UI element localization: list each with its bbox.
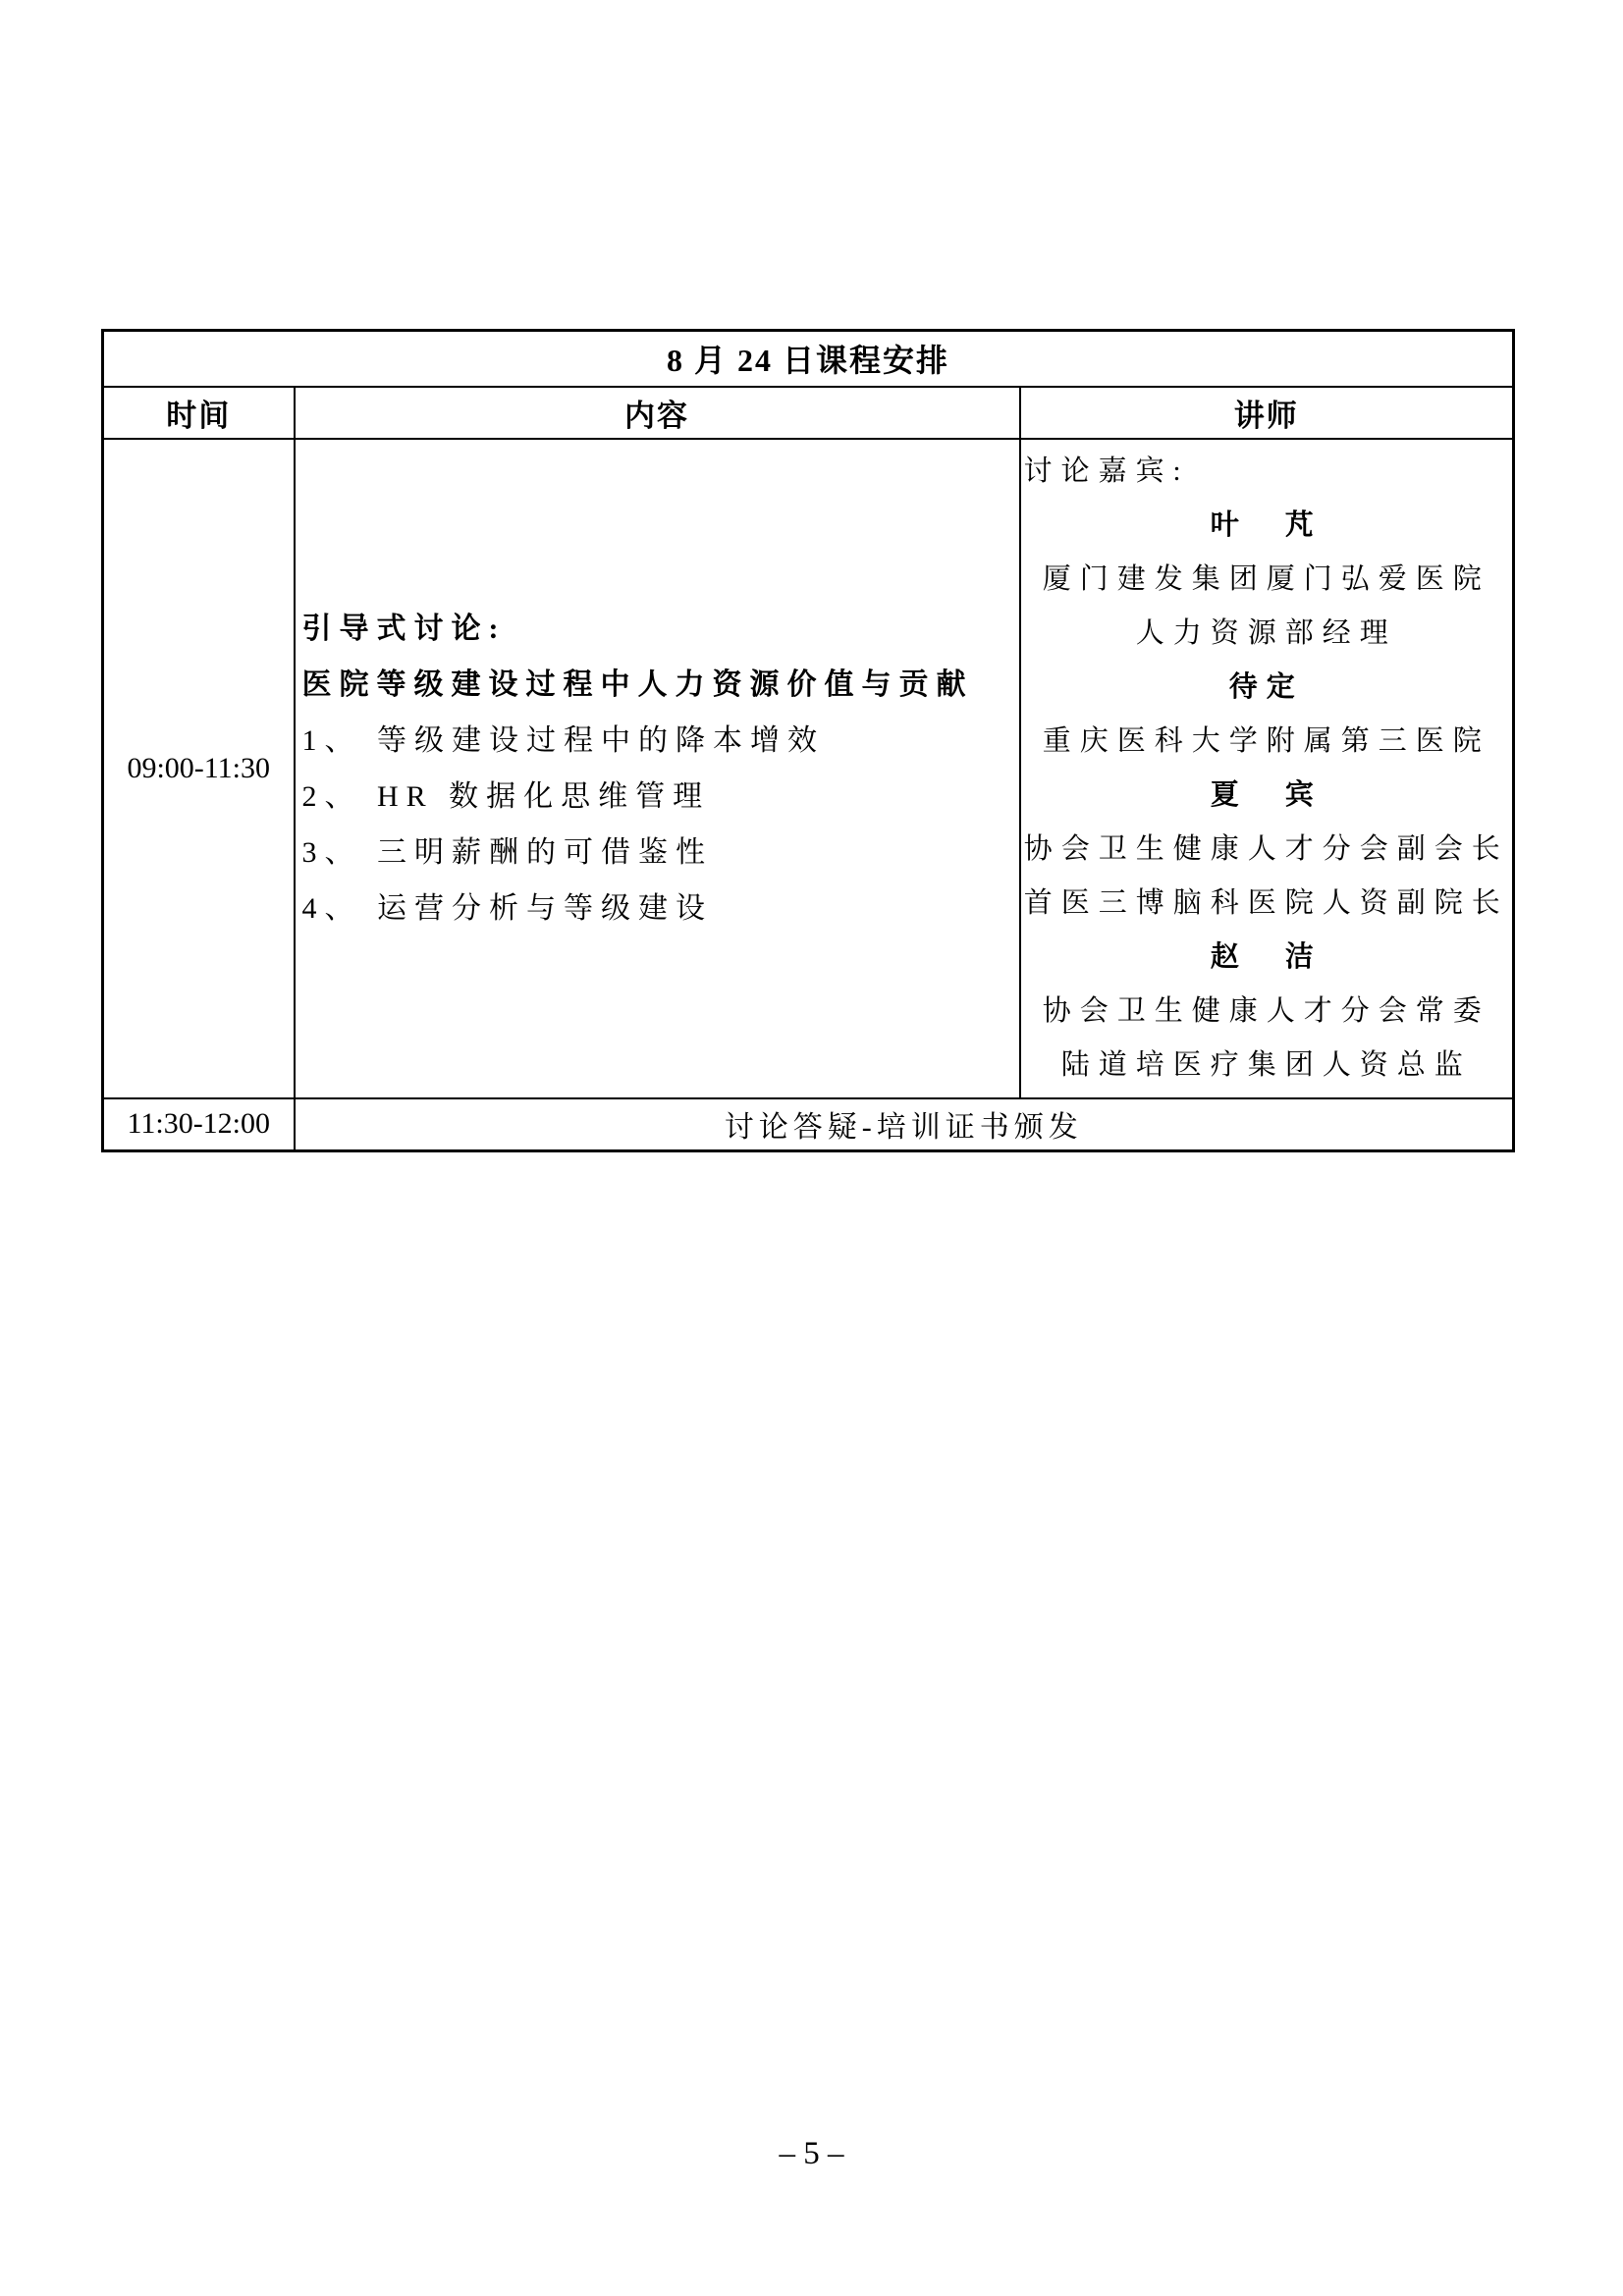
guest-title: 协会卫生健康人才分会副会长	[1021, 823, 1513, 877]
table-header-row: 时间 内容 讲师	[103, 387, 1514, 439]
guest-title: 厦门建发集团厦门弘爱医院	[1021, 553, 1513, 607]
schedule-table: 8 月 24 日课程安排 时间 内容 讲师 09:00-11:30 引导式讨论:…	[101, 329, 1515, 1152]
column-header-lecturer: 讲师	[1020, 387, 1514, 439]
document-page: 8 月 24 日课程安排 时间 内容 讲师 09:00-11:30 引导式讨论:…	[0, 0, 1623, 2296]
session-lecturer-cell: 讨论嘉宾: 叶 芃 厦门建发集团厦门弘爱医院 人力资源部经理 待定 重庆医科大学…	[1020, 439, 1514, 1098]
guest-title: 首医三博脑科医院人资副院长	[1021, 877, 1513, 931]
table-title: 8 月 24 日课程安排	[103, 331, 1514, 387]
session-time: 09:00-11:30	[103, 439, 295, 1098]
content-item-2: 2、 HR 数据化思维管理	[302, 769, 1015, 825]
panel-guests-label: 讨论嘉宾:	[1021, 445, 1513, 499]
guest-name: 叶 芃	[1021, 499, 1513, 553]
column-header-time: 时间	[103, 387, 295, 439]
table-title-row: 8 月 24 日课程安排	[103, 331, 1514, 387]
content-item-3: 3、 三明薪酬的可借鉴性	[302, 825, 1015, 881]
guest-name: 待定	[1021, 661, 1513, 715]
guest-title: 人力资源部经理	[1021, 607, 1513, 661]
column-header-content: 内容	[295, 387, 1020, 439]
content-topic: 医院等级建设过程中人力资源价值与贡献	[302, 657, 1015, 713]
guest-title: 陆道培医疗集团人资总监	[1021, 1039, 1513, 1093]
session-content-cell: 引导式讨论: 医院等级建设过程中人力资源价值与贡献 1、 等级建设过程中的降本增…	[295, 439, 1020, 1098]
closing-time: 11:30-12:00	[103, 1098, 295, 1151]
page-number: – 5 –	[0, 2136, 1623, 2172]
content-item-1: 1、 等级建设过程中的降本增效	[302, 713, 1015, 769]
closing-row: 11:30-12:00 讨论答疑-培训证书颁发	[103, 1098, 1514, 1151]
guest-name: 赵 洁	[1021, 931, 1513, 985]
guest-title: 协会卫生健康人才分会常委	[1021, 985, 1513, 1039]
guest-title: 重庆医科大学附属第三医院	[1021, 715, 1513, 769]
content-intro-label: 引导式讨论:	[302, 601, 1015, 657]
guest-name: 夏 宾	[1021, 769, 1513, 823]
content-item-4: 4、 运营分析与等级建设	[302, 881, 1015, 936]
session-row: 09:00-11:30 引导式讨论: 医院等级建设过程中人力资源价值与贡献 1、…	[103, 439, 1514, 1098]
closing-content: 讨论答疑-培训证书颁发	[295, 1098, 1514, 1151]
